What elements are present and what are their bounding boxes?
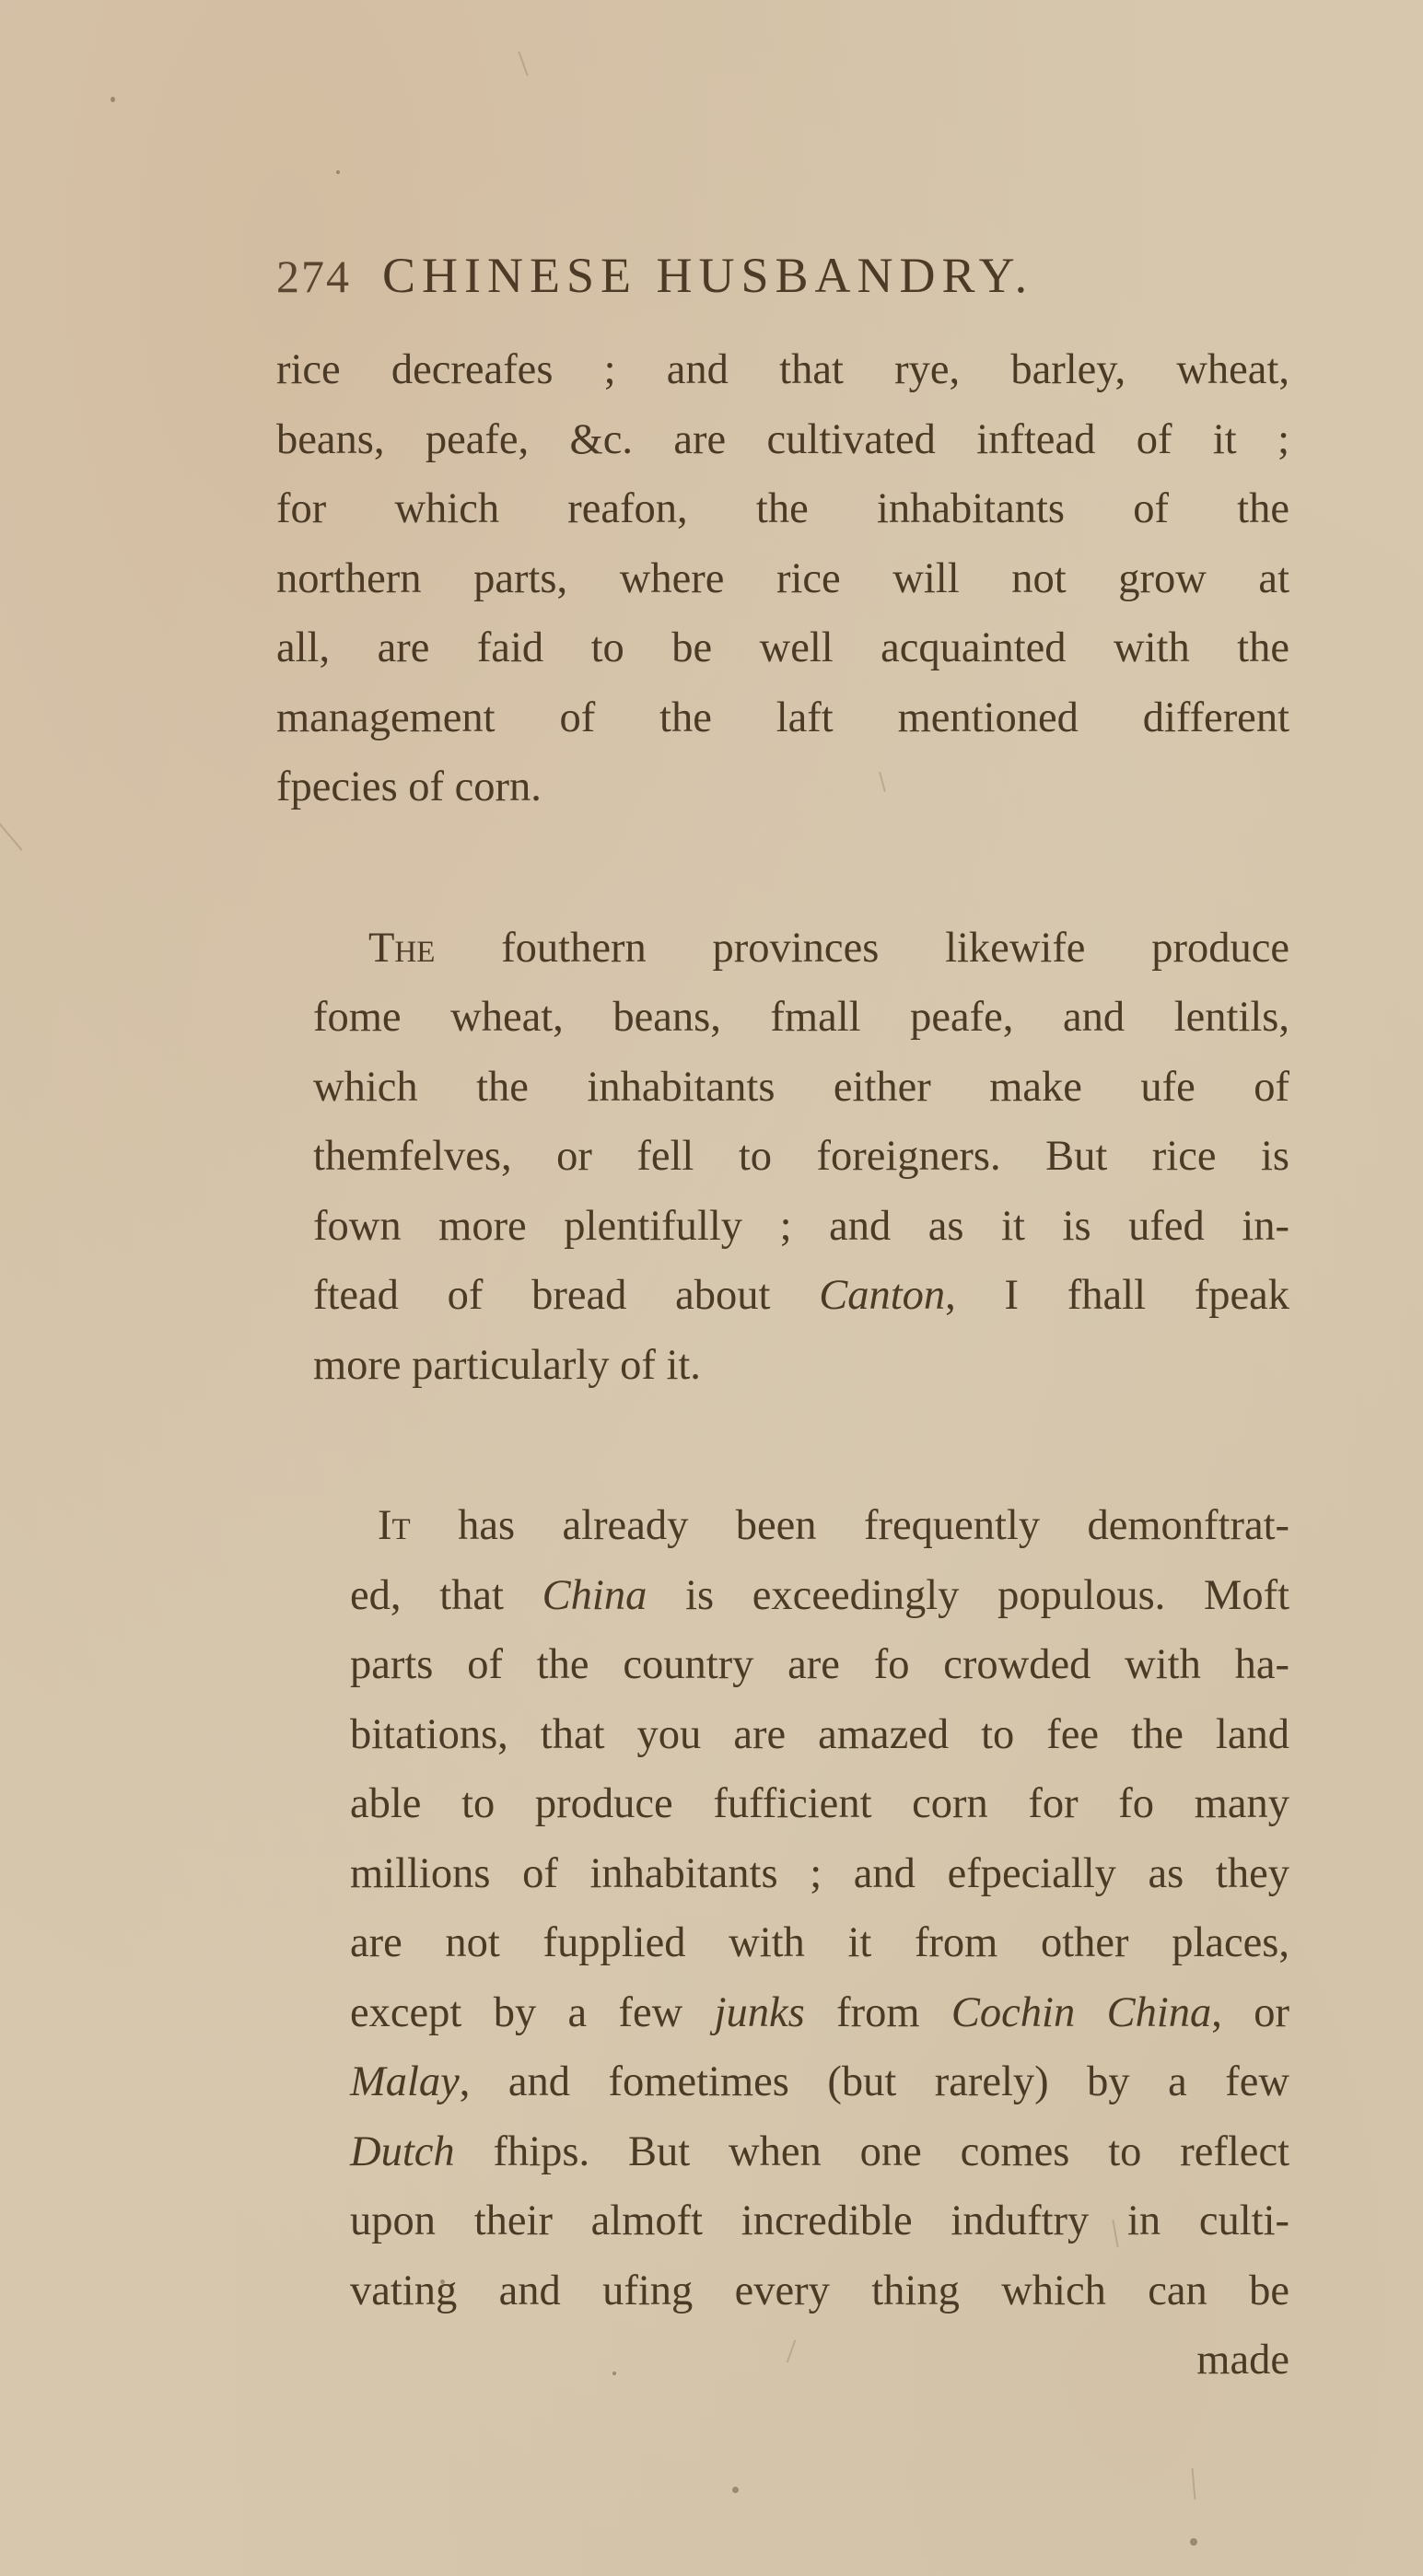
- text-line: ed, that China is exceedingly populous. …: [350, 1561, 1289, 1631]
- text-line: Dutch fhips. But when one comes to refle…: [350, 2117, 1289, 2187]
- text-span: , or: [1211, 1989, 1289, 2036]
- text-line: beans, peafe, &c. are cultivated inftead…: [276, 405, 1289, 475]
- term-junks: junks: [715, 1989, 805, 2036]
- paper-fiber: [0, 822, 23, 851]
- text-line: Malay, and fometimes (but rarely) by a f…: [350, 2047, 1289, 2117]
- text-line: themfelves, or fell to foreigners. But r…: [313, 1122, 1289, 1192]
- running-title: CHINESE HUSBANDRY.: [382, 247, 1033, 304]
- text-line: It has already been frequently demonftra…: [350, 1491, 1289, 1561]
- text-line: for which reafon, the inhabitants of the: [276, 474, 1289, 544]
- paper-fiber: [518, 52, 528, 76]
- term-dutch: Dutch: [350, 2128, 455, 2175]
- text-line: able to produce fufficient corn for fo m…: [350, 1769, 1289, 1839]
- place-name-cochin-china: Cochin China: [951, 1989, 1211, 2036]
- text-span: from: [805, 1989, 951, 2036]
- text-span: ftead of bread about: [313, 1272, 819, 1319]
- text-span: , and fometimes (but rarely) by a few: [460, 2058, 1289, 2105]
- place-name-canton: Canton: [819, 1272, 945, 1319]
- paper-speck: [1190, 2538, 1197, 2546]
- paper-speck: [732, 2487, 739, 2493]
- text-span: fouthern provinces likewife produce: [435, 925, 1289, 972]
- running-head: 274 CHINESE HUSBANDRY.: [276, 247, 1289, 330]
- paragraph-1: rice decreafes ; and that rye, barley, w…: [276, 335, 1289, 822]
- text-line: vating and ufing every thing which can b…: [350, 2256, 1289, 2326]
- paragraph-3: It has already been frequently demonftra…: [350, 1491, 1289, 2395]
- text-line: ftead of bread about Canton, I fhall fpe…: [313, 1261, 1289, 1331]
- text-line: upon their almoft incredible induftry in…: [350, 2186, 1289, 2256]
- text-line: bitations, that you are amazed to fee th…: [350, 1700, 1289, 1770]
- text-span: has already been frequently demonftrat-: [411, 1502, 1289, 1549]
- text-line: management of the laft mentioned differe…: [276, 683, 1289, 753]
- paper-fiber: [1192, 2468, 1196, 2500]
- paper-speck: [111, 97, 115, 102]
- text-line: which the inhabitants either make ufe of: [313, 1053, 1289, 1123]
- text-span: fhips. But when one comes to reflect: [455, 2128, 1289, 2175]
- catchword: made: [350, 2325, 1289, 2395]
- text-line: fome wheat, beans, fmall peafe, and lent…: [313, 983, 1289, 1053]
- text-line: fown more plentifully ; and as it is ufe…: [313, 1192, 1289, 1262]
- text-line: The fouthern provinces likewife produce: [313, 914, 1289, 984]
- text-span: except by a few: [350, 1989, 715, 2036]
- place-name-malay: Malay: [350, 2058, 460, 2105]
- text-line: millions of inhabitants ; and efpecially…: [350, 1839, 1289, 1909]
- paragraph-lead: It: [378, 1502, 411, 1549]
- text-line: parts of the country are fo crowded with…: [350, 1630, 1289, 1700]
- text-line: northern parts, where rice will not grow…: [276, 544, 1289, 614]
- text-line: rice decreafes ; and that rye, barley, w…: [276, 335, 1289, 405]
- text-line: fpecies of corn.: [276, 752, 1289, 822]
- text-line: except by a few junks from Cochin China,…: [350, 1978, 1289, 2048]
- text-line: all, are faid to be well acquainted with…: [276, 613, 1289, 683]
- page-number: 274: [276, 250, 351, 303]
- paper-speck: [336, 170, 340, 174]
- text-span: is exceedingly populous. Moft: [647, 1572, 1289, 1619]
- text-line: are not fupplied with it from other plac…: [350, 1908, 1289, 1978]
- paragraph-2: The fouthern provinces likewife produce …: [313, 914, 1289, 1401]
- place-name-china: China: [542, 1572, 647, 1619]
- text-line: more particularly of it.: [313, 1331, 1289, 1401]
- paragraph-lead: The: [368, 925, 435, 972]
- book-page: 274 CHINESE HUSBANDRY. rice decreafes ; …: [276, 247, 1289, 2395]
- text-span: ed, that: [350, 1572, 542, 1619]
- text-span: , I fhall fpeak: [945, 1272, 1289, 1319]
